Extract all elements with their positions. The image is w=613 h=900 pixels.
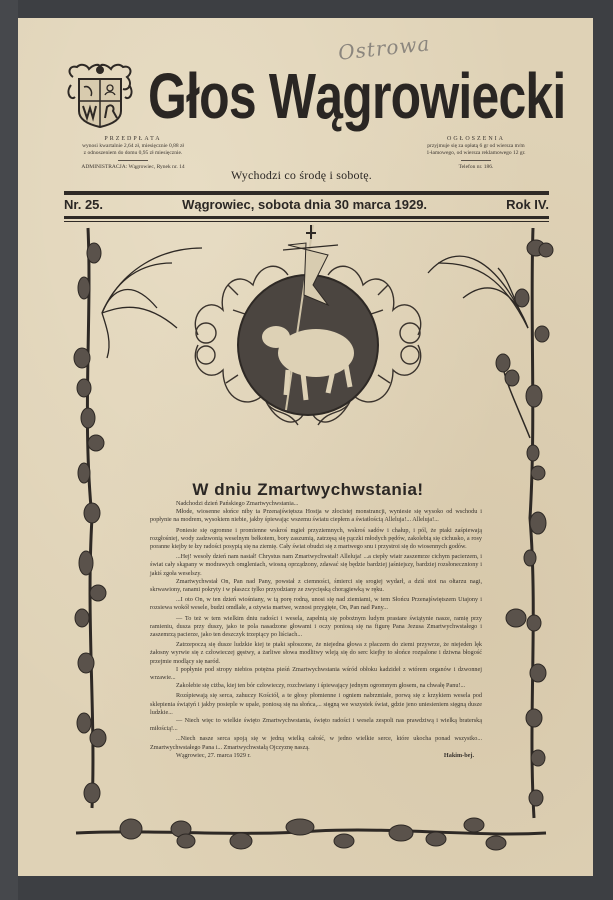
article-paragraph: Zatrzepoczą się dusze ludzkie kiej te pt… xyxy=(150,641,482,666)
newspaper-page: Ostrowa Głos Wągrowiecki PRZEDPŁATA wyno… xyxy=(18,18,593,876)
article-paragraph: Zmartwychwstał On, Pan nad Pany, powstał… xyxy=(150,578,482,594)
advertising-heading: OGŁOSZENIA xyxy=(406,136,546,143)
article-paragraph: ...Niech nasze serca spoją się w jedną w… xyxy=(150,735,482,751)
article-paragraph: Nadchodzi dzień Pańskiego Zmartwychwstan… xyxy=(150,500,482,508)
scanner-background-strip xyxy=(0,0,18,900)
article-paragraph: Poniesie się ogromne i promienne wskroś … xyxy=(150,527,482,552)
place-and-date: Wągrowiec, sobota dnia 30 marca 1929. xyxy=(182,197,427,212)
subscription-heading: PRZEDPŁATA xyxy=(58,136,208,143)
administration-address: ADMINISTRACJA: Wągrowiec, Rynek nr. 14 xyxy=(58,164,208,171)
advertising-line: przyjmuje się za opłatą 6 gr od wiersza … xyxy=(406,143,546,150)
issue-number: Nr. 25. xyxy=(64,197,103,212)
newspaper-title: Głos Wągrowiecki xyxy=(148,60,569,132)
article-signoff: Wągrowiec, 27. marca 1929 r. Hakim-bej. xyxy=(150,752,482,760)
publication-schedule: Wychodzi co środę i sobotę. xyxy=(231,168,372,183)
advertising-info: OGŁOSZENIA przyjmuje się za opłatą 6 gr … xyxy=(406,136,546,171)
article-paragraph: — Niech więc to wielkie święto Zmartwych… xyxy=(150,717,482,733)
article-paragraph: ...Hej! wesoły dzień nam nastał! Chrystu… xyxy=(150,553,482,578)
paschal-lamb-emblem-icon xyxy=(178,215,438,445)
volume-year: Rok IV. xyxy=(506,197,549,212)
coat-of-arms-icon xyxy=(65,63,135,129)
article-paragraph: I popłynie pod stropy niebios potężna pi… xyxy=(150,666,482,682)
pussy-willow-bottom-icon xyxy=(76,815,546,855)
article-body: Nadchodzi dzień Pańskiego Zmartwychwstan… xyxy=(150,500,482,760)
article-paragraph: Rozśpiewają się serca, zahuczy Kościół, … xyxy=(150,692,482,717)
masthead-rule-top xyxy=(64,191,549,195)
article-author: Hakim-bej. xyxy=(444,752,474,760)
article-paragraph: — To też w tem wielkim dniu radości i we… xyxy=(150,615,482,640)
article-paragraph: Młode, wiosenne słońce niby ta Przenajśw… xyxy=(150,508,482,524)
article-title: W dniu Zmartwychwstania! xyxy=(98,480,518,500)
subscription-line: wynosi kwartalnie 2,64 zł, miesięcznie 0… xyxy=(58,143,208,150)
subscription-line: z odnoszeniem do domu 0,95 zł miesięczni… xyxy=(58,150,208,157)
advertising-line: 1-łamowego, od wiersza reklamowego 12 gr… xyxy=(406,150,546,157)
divider xyxy=(461,160,491,161)
subscription-info: PRZEDPŁATA wynosi kwartalnie 2,64 zł, mi… xyxy=(58,136,208,171)
article-paragraph: ...I oto On, w ten dzień wiośniany, w tą… xyxy=(150,596,482,612)
divider xyxy=(118,160,148,161)
dateline: Nr. 25. Wągrowiec, sobota dnia 30 marca … xyxy=(64,197,549,212)
telephone-number: Telefon nr. 186. xyxy=(406,164,546,171)
article-paragraph: Zakolebie się ciżba, kiej ten bór człowi… xyxy=(150,682,482,690)
article-place-date: Wągrowiec, 27. marca 1929 r. xyxy=(176,752,251,760)
